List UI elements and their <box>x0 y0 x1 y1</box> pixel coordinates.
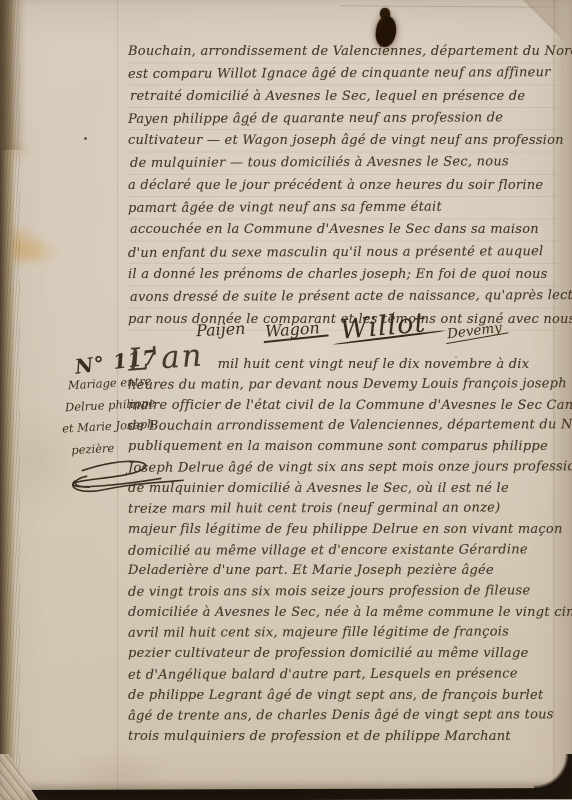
act-mariage-text-block: L'anmil huit cent vingt neuf le dix nove… <box>128 341 562 748</box>
signature-wagon: Wagon <box>265 318 321 341</box>
manuscript-line: domiciliée à Avesnes le Sec, née à la mê… <box>128 603 562 624</box>
manuscript-line: L'anmil huit cent vingt neuf le dix nove… <box>128 341 562 375</box>
manuscript-line: Joseph Delrue âgé de vingt six ans sept … <box>128 457 562 479</box>
manuscript-line: heures du matin, par devant nous Devemy … <box>128 374 562 396</box>
manuscript-line: pamart âgée de vingt neuf ans sa femme é… <box>128 196 558 220</box>
manuscript-line: Bouchain, arrondissement de Valenciennes… <box>128 41 558 63</box>
manuscript-line: Payen philippe âgé de quarante neuf ans … <box>128 107 558 131</box>
book-bottom-edge <box>26 788 572 800</box>
signature-payen: Paijen <box>196 319 246 341</box>
signature-devemy: Devemy <box>446 320 502 343</box>
manuscript-line: âgé de trente ans, de charles Denis âgé … <box>128 705 562 727</box>
manuscript-line: de vingt trois ans six mois seize jours … <box>128 581 562 603</box>
signatures-row: Paijen Wagon Willot Devemy <box>196 311 566 342</box>
manuscript-line: il a donné les prénoms de charles joseph… <box>128 264 558 286</box>
act-opening-initial: L'an <box>127 338 205 377</box>
manuscript-line: accouchée en la Commune d'Avesnes le Sec… <box>130 219 558 241</box>
signature-willot: Willot <box>339 307 428 345</box>
manuscript-line: est comparu Willot Ignace âgé de cinquan… <box>128 62 558 86</box>
manuscript-line: avons dressé de suite le présent acte de… <box>130 285 558 309</box>
manuscript-line: majeur fils légitime de feu philippe Del… <box>128 520 562 541</box>
manuscript-line: publiquement en la maison commune sont c… <box>128 437 562 458</box>
manuscript-line: a déclaré que le jour précédent à onze h… <box>128 175 558 197</box>
book-bottom-right-edge <box>534 754 572 794</box>
manuscript-line: Deladerière d'une part. Et Marie Joseph … <box>128 561 562 582</box>
manuscript-line: maire officier de l'état civil de la Com… <box>128 396 562 417</box>
manuscript-line: trois mulquiniers de profession et de ph… <box>128 727 562 748</box>
manuscript-line: avril mil huit cent six, majeure fille l… <box>128 623 562 645</box>
manuscript-line: de Bouchain arrondissement de Valencienn… <box>128 416 562 438</box>
manuscript-line: de mulquinier — tous domiciliés à Avesne… <box>130 152 558 176</box>
manuscript-line: domicilié au même village et d'encore ex… <box>128 540 562 562</box>
manuscript-line-text: mil huit cent vingt neuf le dix novembre… <box>218 357 530 372</box>
binding-top-shadow <box>0 0 26 150</box>
manuscript-line: de mulquinier domicilié à Avesnes le Sec… <box>128 479 562 500</box>
manuscript-line: de philippe Legrant âgé de vingt sept an… <box>128 686 562 707</box>
manuscript-line: treize mars mil huit cent trois (neuf ge… <box>128 498 562 520</box>
act-naissance-text-block: Bouchain, arrondissement de Valenciennes… <box>128 41 558 331</box>
manuscript-line: d'un enfant du sexe masculin qu'il nous … <box>128 241 558 265</box>
ink-speck <box>84 137 87 140</box>
register-page-scan: Bouchain, arrondissement de Valenciennes… <box>0 0 572 800</box>
manuscript-line: et d'Angélique balard d'autre part, Lesq… <box>128 664 562 686</box>
manuscript-line: cultivateur — et Wagon joseph âgé de vin… <box>128 130 558 152</box>
manuscript-line: retraité domicilié à Avesnes le Sec, leq… <box>130 86 558 108</box>
manuscript-line: pezier cultivateur de profession domicil… <box>128 644 562 665</box>
